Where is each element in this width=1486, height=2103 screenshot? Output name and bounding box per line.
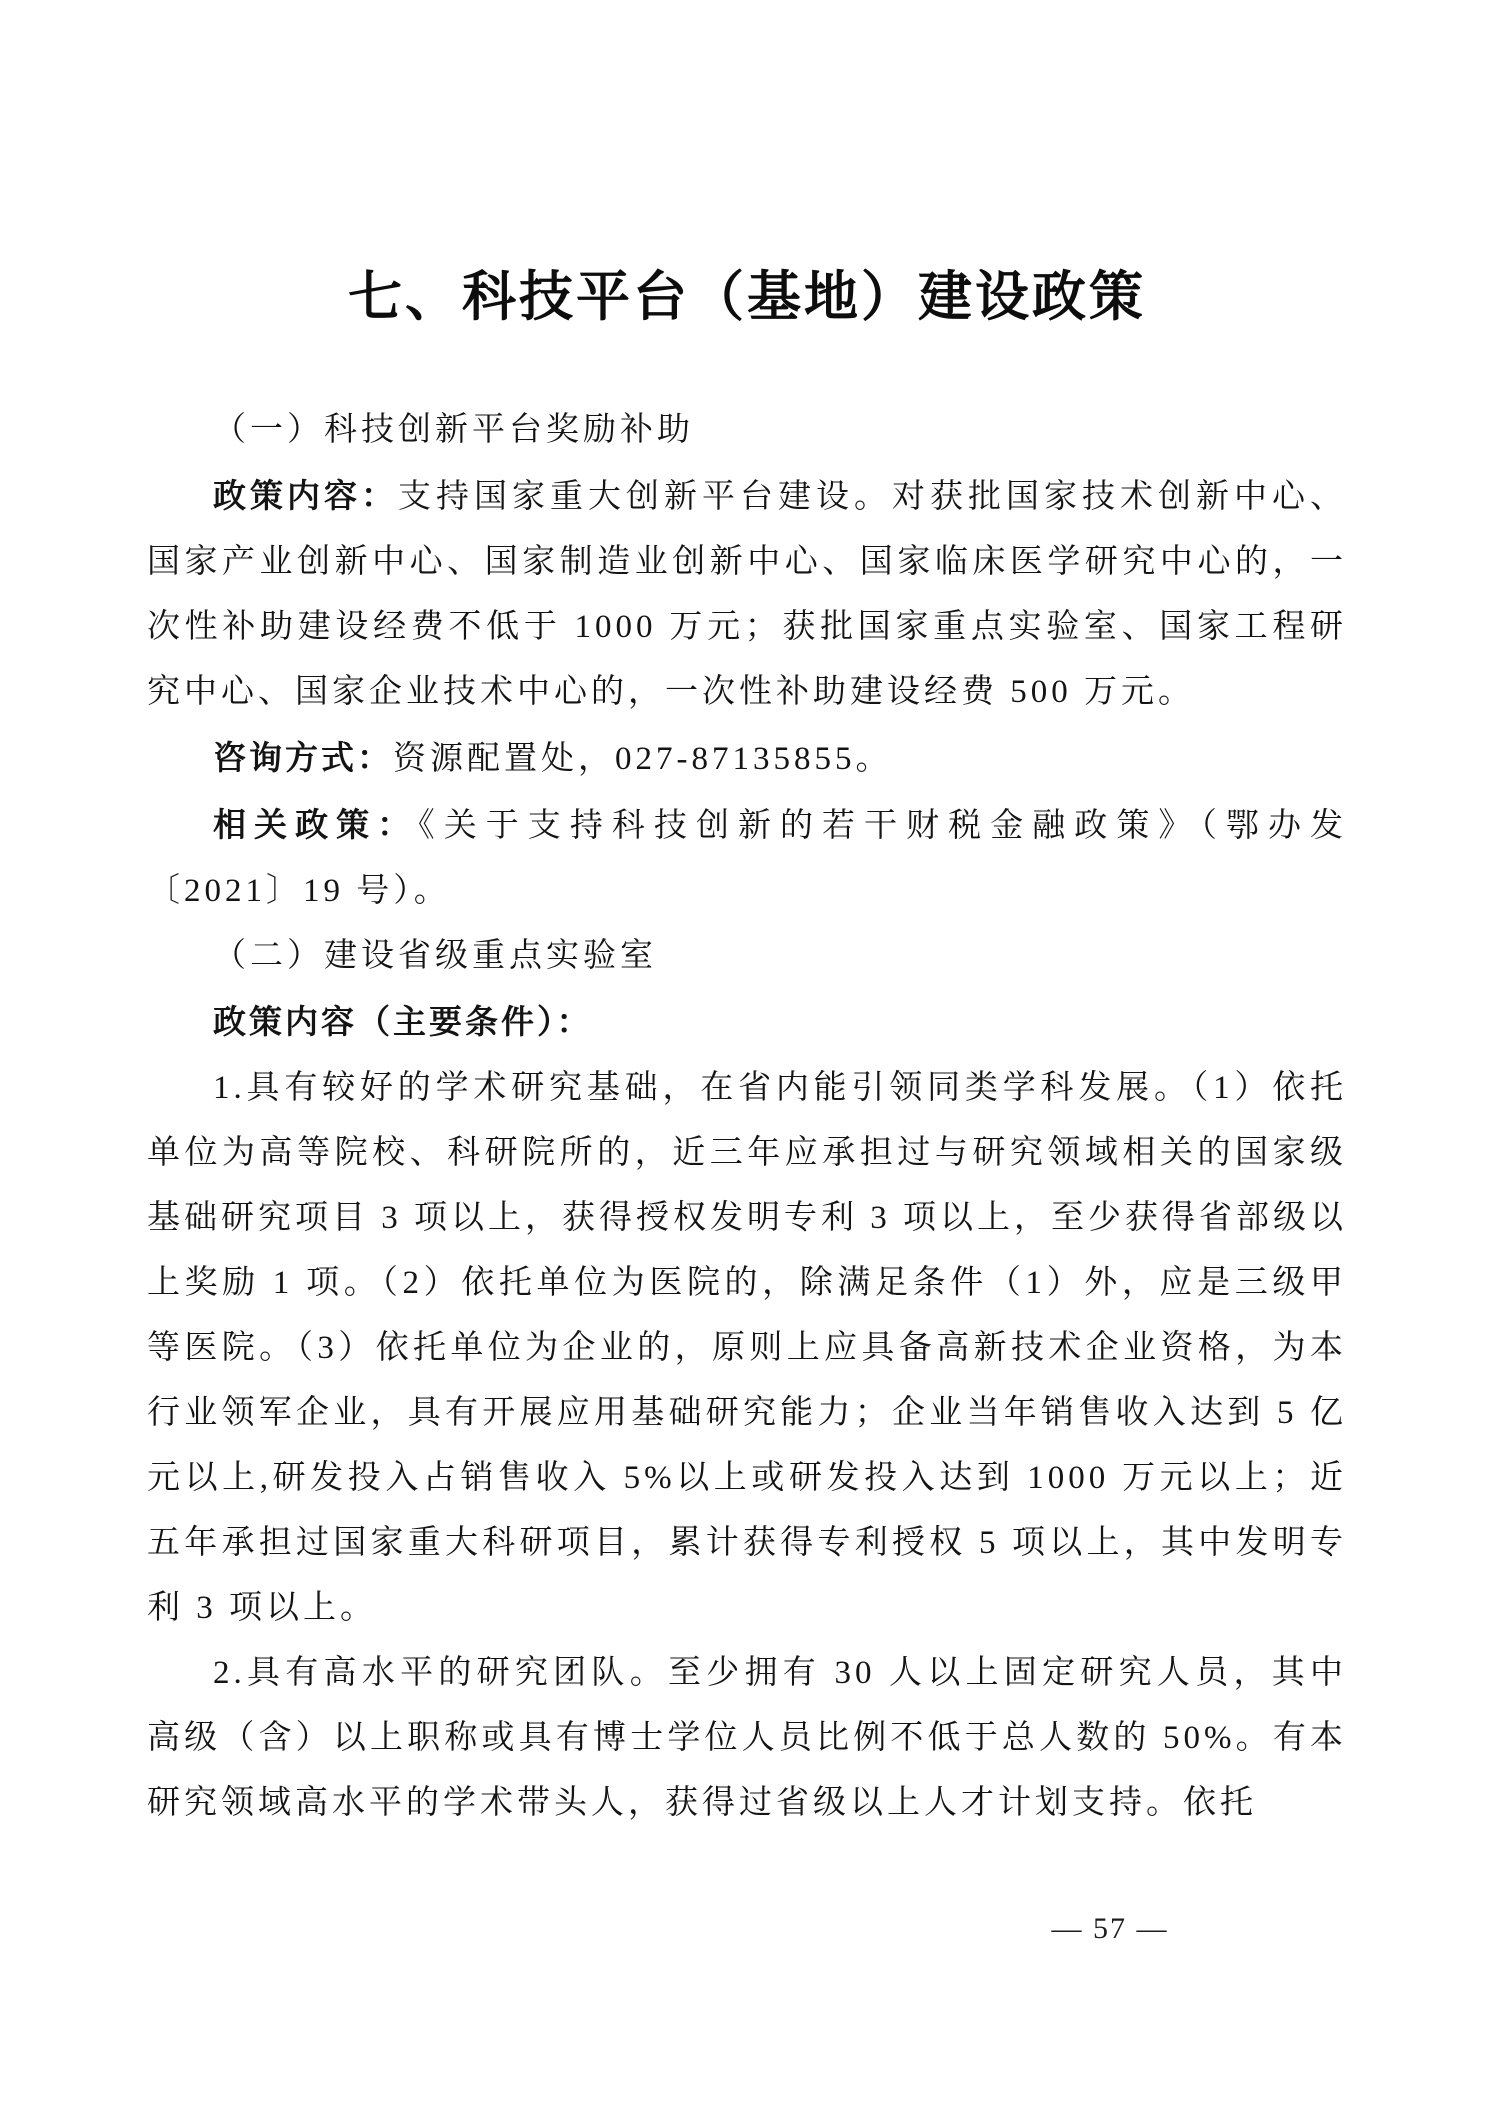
- document-page: 七、科技平台（基地）建设政策 （一）科技创新平台奖励补助政策内容：支持国家重大创…: [0, 0, 1486, 2103]
- page-title: 七、科技平台（基地）建设政策: [147, 262, 1347, 332]
- paragraph-bold-label: 政策内容：: [213, 477, 398, 514]
- page-number: — 57 —: [1040, 1912, 1180, 1946]
- paragraph-text-run: 资源配置处，027-87135855。: [393, 741, 893, 777]
- paragraph-text-run: 1.具有较好的学术研究基础，在省内能引领同类学科发展。（1）依托单位为高等院校、…: [147, 1070, 1347, 1626]
- section-heading: （二）建设省级重点实验室: [147, 924, 1347, 989]
- paragraph: 相关政策：《关于支持科技创新的若干财税金融政策》（鄂办发〔2021〕19 号）。: [147, 792, 1347, 924]
- paragraph-bold-label: 咨询方式：: [213, 739, 393, 776]
- paragraph: 政策内容：支持国家重大创新平台建设。对获批国家技术创新中心、国家产业创新中心、国…: [147, 463, 1347, 725]
- paragraph: 2.具有高水平的研究团队。至少拥有 30 人以上固定研究人员，其中高级（含）以上…: [147, 1641, 1347, 1836]
- section-heading: （一）科技创新平台奖励补助: [147, 398, 1347, 463]
- paragraph: 咨询方式：资源配置处，027-87135855。: [147, 725, 1347, 792]
- paragraph: 政策内容（主要条件）：: [147, 989, 1347, 1056]
- paragraph: 1.具有较好的学术研究基础，在省内能引领同类学科发展。（1）依托单位为高等院校、…: [147, 1056, 1347, 1641]
- document-body: （一）科技创新平台奖励补助政策内容：支持国家重大创新平台建设。对获批国家技术创新…: [147, 398, 1347, 1836]
- paragraph-text-run: （二）建设省级重点实验室: [213, 938, 657, 974]
- paragraph-text-run: 2.具有高水平的研究团队。至少拥有 30 人以上固定研究人员，其中高级（含）以上…: [147, 1655, 1347, 1821]
- paragraph-bold-label: 相关政策：: [213, 806, 418, 843]
- paragraph-bold-label: 政策内容（主要条件）：: [213, 1003, 593, 1040]
- paragraph-text-run: （一）科技创新平台奖励补助: [213, 412, 694, 448]
